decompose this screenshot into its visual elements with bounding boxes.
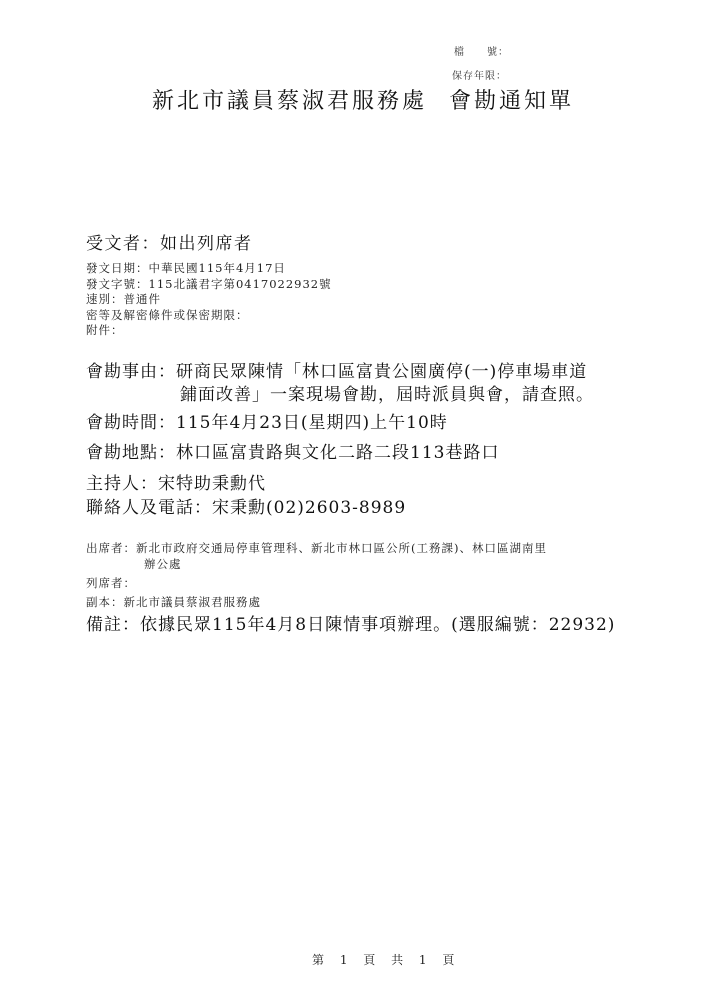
- inspection-location: 會勘地點：林口區富貴路與文化二路二段113巷路口: [86, 438, 499, 463]
- urgency: 速別：普通件: [86, 292, 332, 308]
- title-document-type: 會勘通知單: [449, 89, 574, 114]
- copy-to: 副本：新北市議員蔡淑君服務處: [86, 595, 261, 611]
- subject-line-1: 會勘事由：研商民眾陳情「林口區富貴公園廣停(一)停車場車道: [86, 357, 587, 382]
- document-title: 新北市議員蔡淑君服務處會勘通知單: [152, 84, 574, 115]
- issue-date: 發文日期：中華民國115年4月17日: [86, 261, 332, 277]
- subject-line-2: 鋪面改善」一案現場會勘，屆時派員與會，請查照。: [180, 380, 594, 405]
- page-number: 第 1 頁 共 1 頁: [312, 951, 460, 968]
- host: 主持人：宋特助秉勳代: [86, 469, 266, 494]
- attendees-line-2: 辦公處: [144, 557, 182, 573]
- attendees-line-1: 出席者：新北市政府交通局停車管理科、新北市林口區公所(工務課)、林口區湖南里: [86, 541, 547, 557]
- retention-period-label: 保存年限：: [452, 67, 507, 82]
- meta-block: 發文日期：中華民國115年4月17日 發文字號：115北議君字第04170229…: [86, 261, 332, 339]
- file-number-label: 檔 號：: [454, 43, 509, 58]
- attachments: 附件：: [86, 323, 332, 339]
- contact: 聯絡人及電話：宋秉勳(02)2603-8989: [86, 493, 406, 518]
- confidentiality: 密等及解密條件或保密期限：: [86, 308, 332, 324]
- document-number: 發文字號：115北議君字第0417022932號: [86, 277, 332, 293]
- recipient-line: 受文者：如出列席者: [86, 229, 253, 254]
- remark: 備註：依據民眾115年4月8日陳情事項辦理。(選服編號：22932): [86, 610, 615, 635]
- observers: 列席者：: [86, 576, 136, 592]
- inspection-time: 會勘時間：115年4月23日(星期四)上午10時: [86, 408, 448, 433]
- title-organization: 新北市議員蔡淑君服務處: [152, 89, 427, 114]
